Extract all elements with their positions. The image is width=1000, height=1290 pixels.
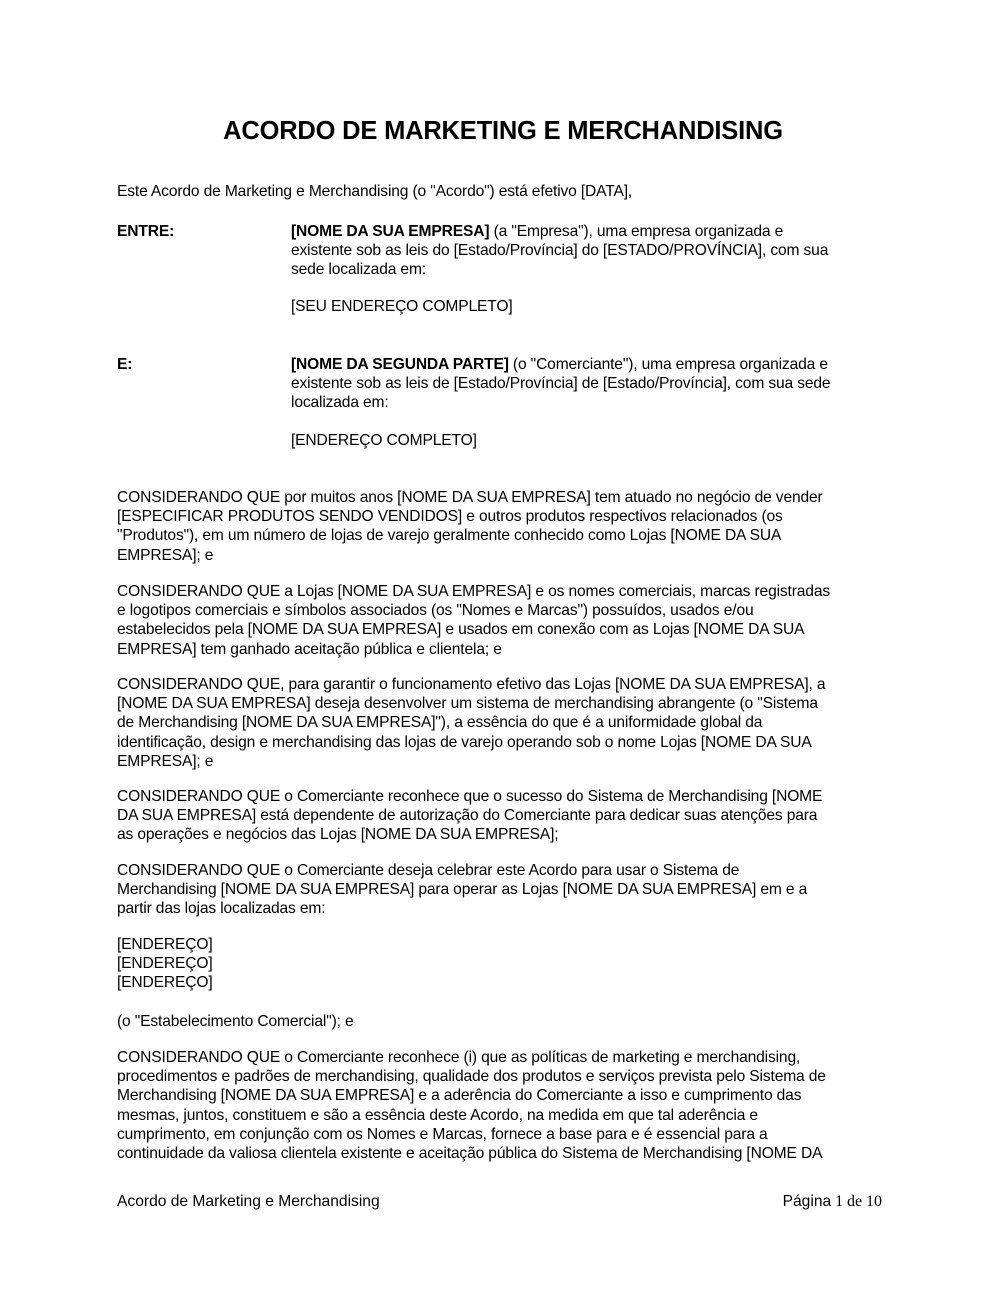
whereas-paragraph: CONSIDERANDO QUE, para garantir o funcio… [117,675,887,771]
paragraph-line: [ESPECIFICAR PRODUTOS SENDO VENDIDOS] e … [117,507,887,526]
paragraph-line: CONSIDERANDO QUE o Comerciante reconhece… [117,1048,887,1067]
paragraph-line: cumprimento, em conjunção com os Nomes e… [117,1125,887,1144]
address-line: [ENDEREÇO] [117,935,887,954]
address-list: [ENDEREÇO] [ENDEREÇO] [ENDEREÇO] [117,935,887,993]
party-2-name: [NOME DA SEGUNDA PARTE] [291,356,509,373]
party-2-line: localizada em: [291,393,891,412]
page-current: 1 [835,1193,843,1210]
party-1-line: existente sob as leis do [Estado/Provínc… [291,241,891,260]
paragraph-line: CONSIDERANDO QUE por muitos anos [NOME D… [117,488,887,507]
party-2-text: [NOME DA SEGUNDA PARTE] (o "Comerciante"… [291,355,891,413]
paragraph-line: "Produtos"), em um número de lojas de va… [117,526,887,545]
paragraph-line: CONSIDERANDO QUE, para garantir o funcio… [117,675,887,694]
document-title: ACORDO DE MARKETING E MERCHANDISING [0,113,1000,149]
paragraph-line: EMPRESA] tem ganhado aceitação pública e… [117,640,887,659]
paragraph-line: estabelecidos pela [NOME DA SUA EMPRESA]… [117,620,887,639]
address-line: [ENDEREÇO] [117,954,887,973]
paragraph-line: continuidade da valiosa clientela existe… [117,1144,887,1163]
paragraph-line: partir das lojas localizadas em: [117,899,887,918]
party-2-line: (o "Comerciante"), uma empresa organizad… [509,356,828,373]
paragraph-line: Merchandising [NOME DA SUA EMPRESA] para… [117,880,887,899]
paragraph-line: [NOME DA SUA EMPRESA] deseja desenvolver… [117,694,887,713]
party-1-line: (a "Empresa"), uma empresa organizada e [489,223,783,240]
paragraph-line: as operações e negócios das Lojas [NOME … [117,825,887,844]
paragraph-line: procedimentos e padrões de merchandising… [117,1067,887,1086]
page-of: de [847,1193,862,1210]
paragraph-line: e logotipos comerciais e símbolos associ… [117,601,887,620]
party-label-entre: ENTRE: [117,222,174,241]
paragraph-line: EMPRESA]; e [117,752,887,771]
whereas-paragraph: CONSIDERANDO QUE o Comerciante reconhece… [117,787,887,845]
page-label: Página [783,1193,832,1210]
paragraph-line: CONSIDERANDO QUE o Comerciante deseja ce… [117,861,887,880]
whereas-paragraph: CONSIDERANDO QUE por muitos anos [NOME D… [117,488,887,565]
party-1-line: sede localizada em: [291,260,891,279]
paragraph-line: EMPRESA]; e [117,546,887,565]
party-label-e: E: [117,355,132,374]
party-2-address: [ENDEREÇO COMPLETO] [291,431,891,450]
document-page: ACORDO DE MARKETING E MERCHANDISING Este… [0,0,1000,1290]
paragraph-line: DA SUA EMPRESA] está dependente de autor… [117,806,887,825]
intro-paragraph: Este Acordo de Marketing e Merchandising… [117,182,897,201]
establishment-line: (o "Estabelecimento Comercial"); e [117,1012,887,1031]
party-1-text: [NOME DA SUA EMPRESA] (a "Empresa"), uma… [291,222,891,280]
whereas-paragraph: CONSIDERANDO QUE o Comerciante deseja ce… [117,861,887,919]
address-line: [ENDEREÇO] [117,973,887,992]
footer-document-title: Acordo de Marketing e Merchandising [117,1193,380,1211]
paragraph-line: mesmas, juntos, constituem e são a essên… [117,1106,887,1125]
paragraph-line: CONSIDERANDO QUE o Comerciante reconhece… [117,787,887,806]
paragraph-line: identificação, design e merchandising da… [117,733,887,752]
whereas-paragraph: CONSIDERANDO QUE a Lojas [NOME DA SUA EM… [117,582,887,659]
party-1-address: [SEU ENDEREÇO COMPLETO] [291,297,891,316]
paragraph-line: CONSIDERANDO QUE a Lojas [NOME DA SUA EM… [117,582,887,601]
footer-page-number: Página 1 de 10 [783,1193,882,1211]
page-total: 10 [866,1193,882,1210]
party-1-name: [NOME DA SUA EMPRESA] [291,223,489,240]
paragraph-line: Merchandising [NOME DA SUA EMPRESA] e a … [117,1086,887,1105]
paragraph-line: de Merchandising [NOME DA SUA EMPRESA]")… [117,713,887,732]
whereas-paragraph-final: CONSIDERANDO QUE o Comerciante reconhece… [117,1048,887,1163]
party-2-line: existente sob as leis de [Estado/Provínc… [291,374,891,393]
